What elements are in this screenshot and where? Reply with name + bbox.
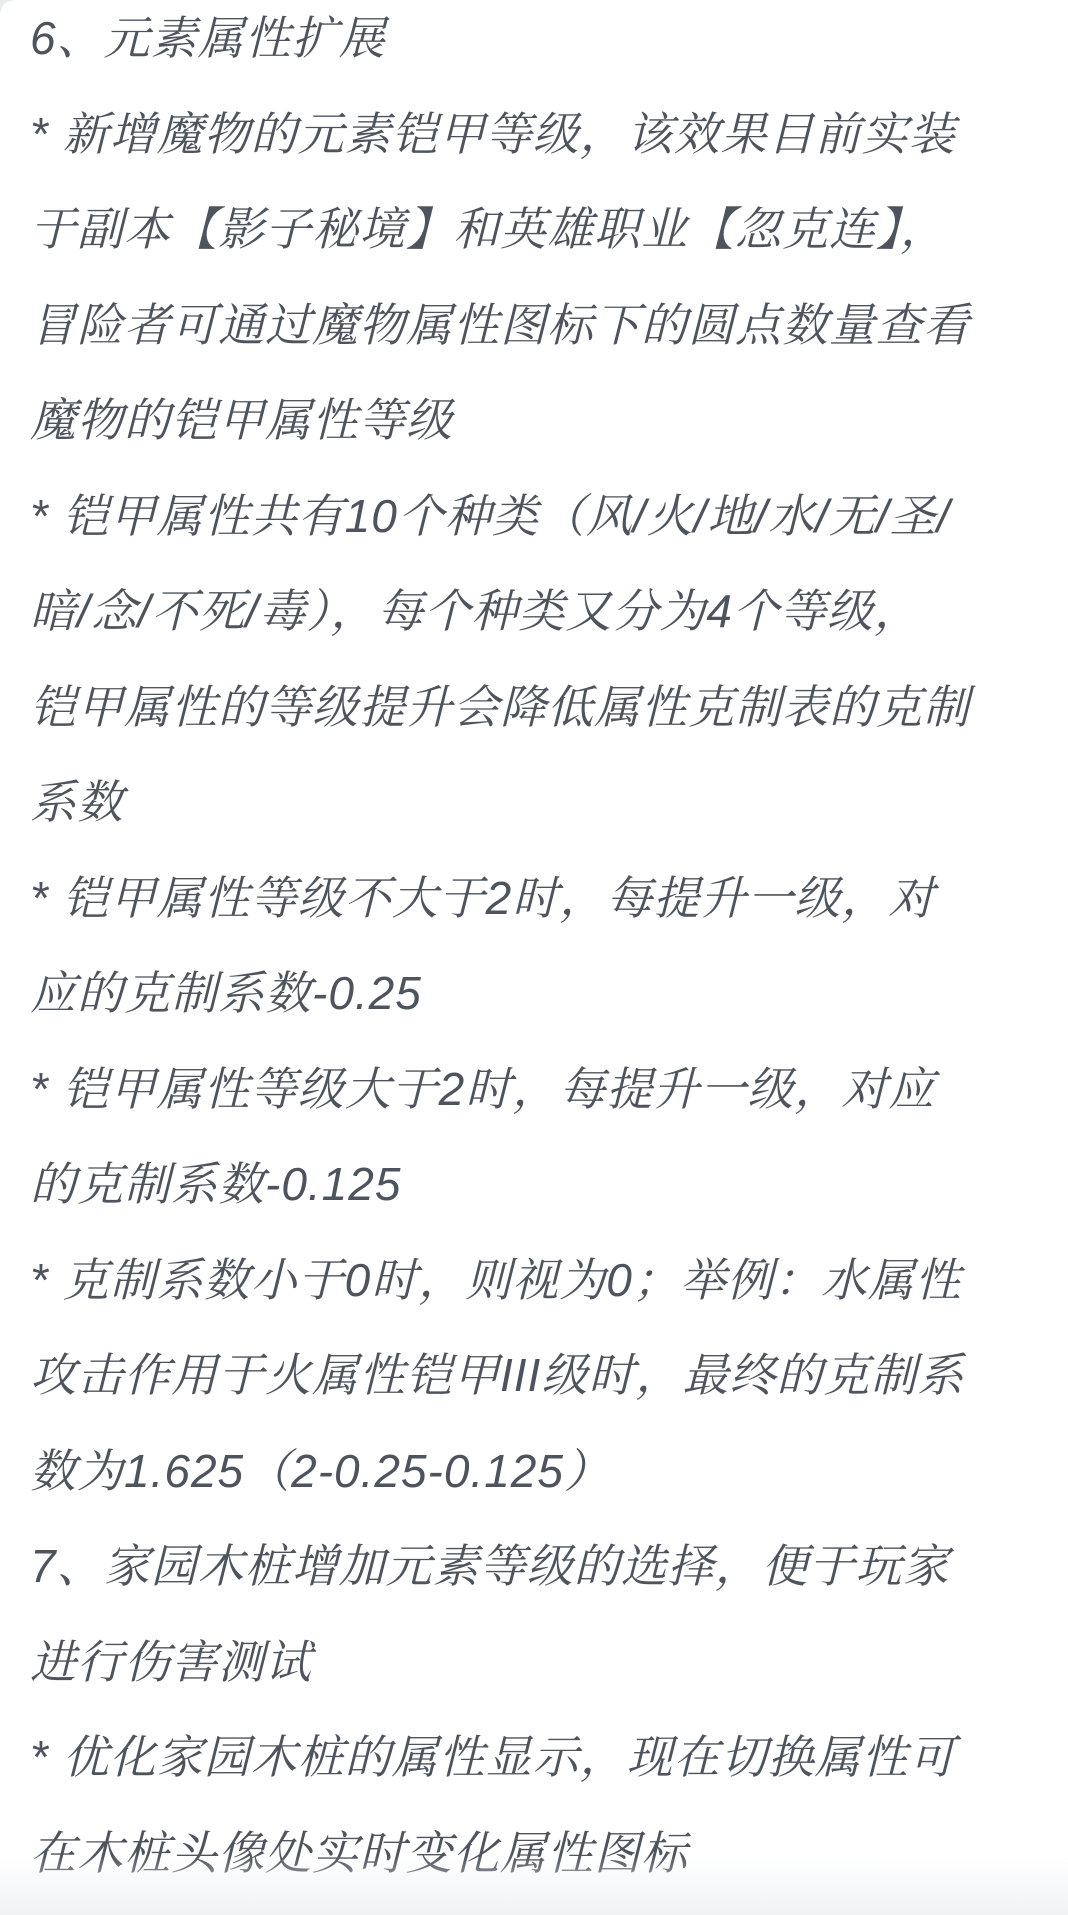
text-line: 攻击作用于火属性铠甲III级时，最终的克制系 <box>30 1328 1038 1424</box>
text-line: * 铠甲属性等级不大于2时，每提升一级，对 <box>30 851 1038 947</box>
section-heading: 6、元素属性扩展 <box>30 0 1038 87</box>
patch-notes-page: 6、元素属性扩展 * 新增魔物的元素铠甲等级，该效果目前实装 于副本【影子秘境】… <box>0 0 1068 1915</box>
text-line: * 铠甲属性共有10个种类（风/火/地/水/无/圣/ <box>30 469 1038 565</box>
text-line: 系数 <box>30 755 1038 851</box>
text-line: * 克制系数小于0时，则视为0；举例：水属性 <box>30 1233 1038 1329</box>
text-line: * 铠甲属性等级大于2时，每提升一级，对应 <box>30 1042 1038 1138</box>
text-line: 应的克制系数-0.25 <box>30 946 1038 1042</box>
text-line: 进行伤害测试 <box>30 1615 1038 1711</box>
text-line: 魔物的铠甲属性等级 <box>30 373 1038 469</box>
text-line: 冒险者可通过魔物属性图标下的圆点数量查看 <box>30 278 1038 374</box>
text-line: 的克制系数-0.125 <box>30 1137 1038 1233</box>
text-line: * 新增魔物的元素铠甲等级，该效果目前实装 <box>30 87 1038 183</box>
text-line: 数为1.625（2-0.25-0.125） <box>30 1424 1038 1520</box>
text-line: 暗/念/不死/毒），每个种类又分为4个等级， <box>30 564 1038 660</box>
section-heading: 7、家园木桩增加元素等级的选择，便于玩家 <box>30 1519 1038 1615</box>
text-line: * 优化家园木桩的属性显示，现在切换属性可 <box>30 1710 1038 1806</box>
text-line: 于副本【影子秘境】和英雄职业【忽克连】， <box>30 182 1038 278</box>
text-line: 铠甲属性的等级提升会降低属性克制表的克制 <box>30 660 1038 756</box>
patch-notes-text: 6、元素属性扩展 * 新增魔物的元素铠甲等级，该效果目前实装 于副本【影子秘境】… <box>0 0 1068 1901</box>
text-line: 在木桩头像处实时变化属性图标 <box>30 1806 1038 1902</box>
